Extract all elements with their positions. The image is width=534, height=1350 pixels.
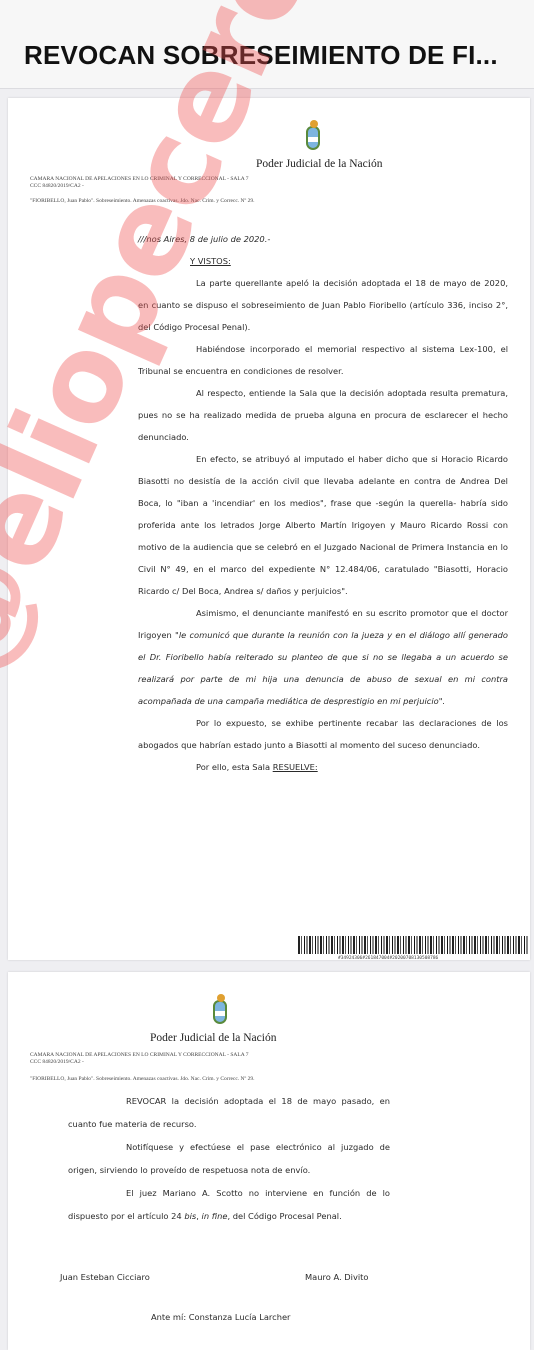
case-title: "FIORIBELLO, Juan Pablo". Sobreseimiento…: [30, 1076, 254, 1083]
app-header: REVOCAN SOBRESEIMIENTO DE FI...: [0, 0, 534, 89]
date-line: ///nos Aires, 8 de julio de 2020.-: [138, 228, 508, 250]
signer-right: Mauro A. Divito: [305, 1272, 369, 1282]
paragraph: Por ello, esta Sala RESUELVE:: [138, 756, 508, 778]
court-name: Poder Judicial de la Nación: [150, 1032, 276, 1044]
document-page-1: Poder Judicial de la Nación CAMARA NACIO…: [8, 98, 530, 960]
quote: "le comunicó que durante la reunión con …: [138, 630, 508, 706]
vistos-heading: Y VISTOS:: [190, 256, 231, 266]
document-page-2: Poder Judicial de la Nación CAMARA NACIO…: [8, 972, 530, 1350]
resuelve-heading: RESUELVE:: [273, 762, 318, 772]
paragraph: Habiéndose incorporado el memorial respe…: [138, 338, 508, 382]
court-name: Poder Judicial de la Nación: [256, 158, 382, 170]
signer-left: Juan Esteban Cicciaro: [60, 1272, 150, 1282]
paragraph: En efecto, se atribuyó al imputado el ha…: [138, 448, 508, 602]
clerk-signature: Ante mí: Constanza Lucía Larcher: [151, 1312, 290, 1322]
paragraph: Notifíquese y efectúese el pase electrón…: [68, 1136, 390, 1182]
barcode-number: #34924306#261847004#20200708130508786: [338, 956, 438, 961]
page2-body: REVOCAR la decisión adoptada el 18 de ma…: [68, 1090, 390, 1228]
paragraph: El juez Mariano A. Scotto no interviene …: [68, 1182, 390, 1228]
paragraph: Asimismo, el denunciante manifestó en su…: [138, 602, 508, 712]
coat-of-arms-icon: [306, 126, 320, 150]
case-code: CCC 84820/2019/CA2 -: [30, 1059, 84, 1066]
article-title: REVOCAN SOBRESEIMIENTO DE FI...: [24, 40, 498, 71]
paragraph: Por lo expuesto, se exhibe pertinente re…: [138, 712, 508, 756]
coat-of-arms-icon: [213, 1000, 227, 1024]
paragraph: Al respecto, entiende la Sala que la dec…: [138, 382, 508, 448]
barcode: [298, 936, 528, 954]
case-code: CCC 84820/2019/CA2 -: [30, 183, 84, 190]
paragraph: La parte querellante apeló la decisión a…: [138, 272, 508, 338]
page1-body: ///nos Aires, 8 de julio de 2020.- Y VIS…: [178, 228, 508, 778]
case-title: "FIORIBELLO, Juan Pablo". Sobreseimiento…: [30, 198, 254, 205]
chamber-line: CAMARA NACIONAL DE APELACIONES EN LO CRI…: [30, 176, 249, 183]
chamber-line: CAMARA NACIONAL DE APELACIONES EN LO CRI…: [30, 1052, 249, 1059]
paragraph: REVOCAR la decisión adoptada el 18 de ma…: [68, 1090, 390, 1136]
